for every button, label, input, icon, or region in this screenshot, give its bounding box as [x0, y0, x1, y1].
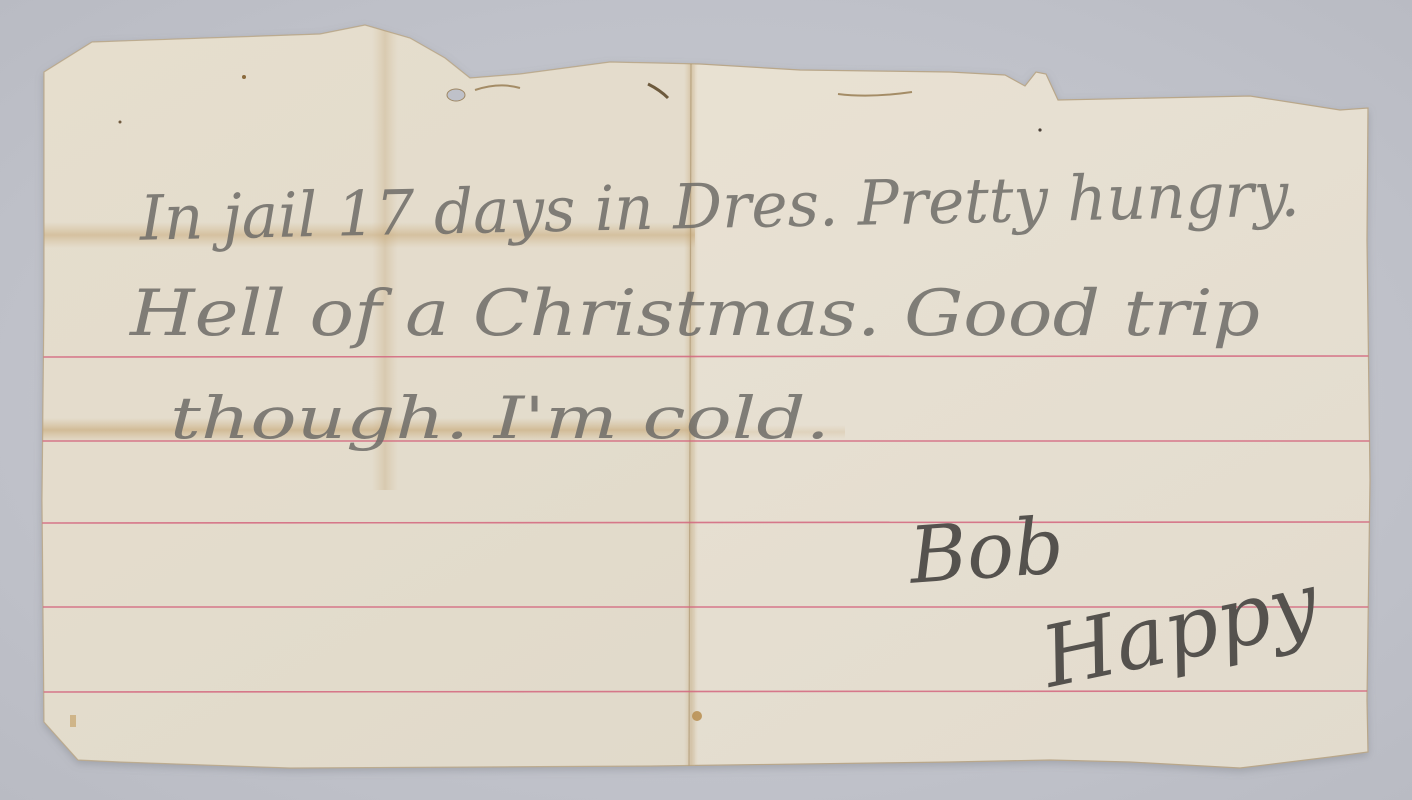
note-line-2: Hell of a Christmas. Good trip	[129, 277, 1260, 351]
tear-hole	[447, 89, 465, 101]
handwritten-note: In jail 17 days in Dres. Pretty hungry. …	[0, 0, 1412, 800]
note-line-3: though. I'm cold.	[170, 384, 830, 452]
signature-bob: Bob	[905, 501, 1067, 602]
photo-scene: In jail 17 days in Dres. Pretty hungry. …	[0, 0, 1412, 800]
